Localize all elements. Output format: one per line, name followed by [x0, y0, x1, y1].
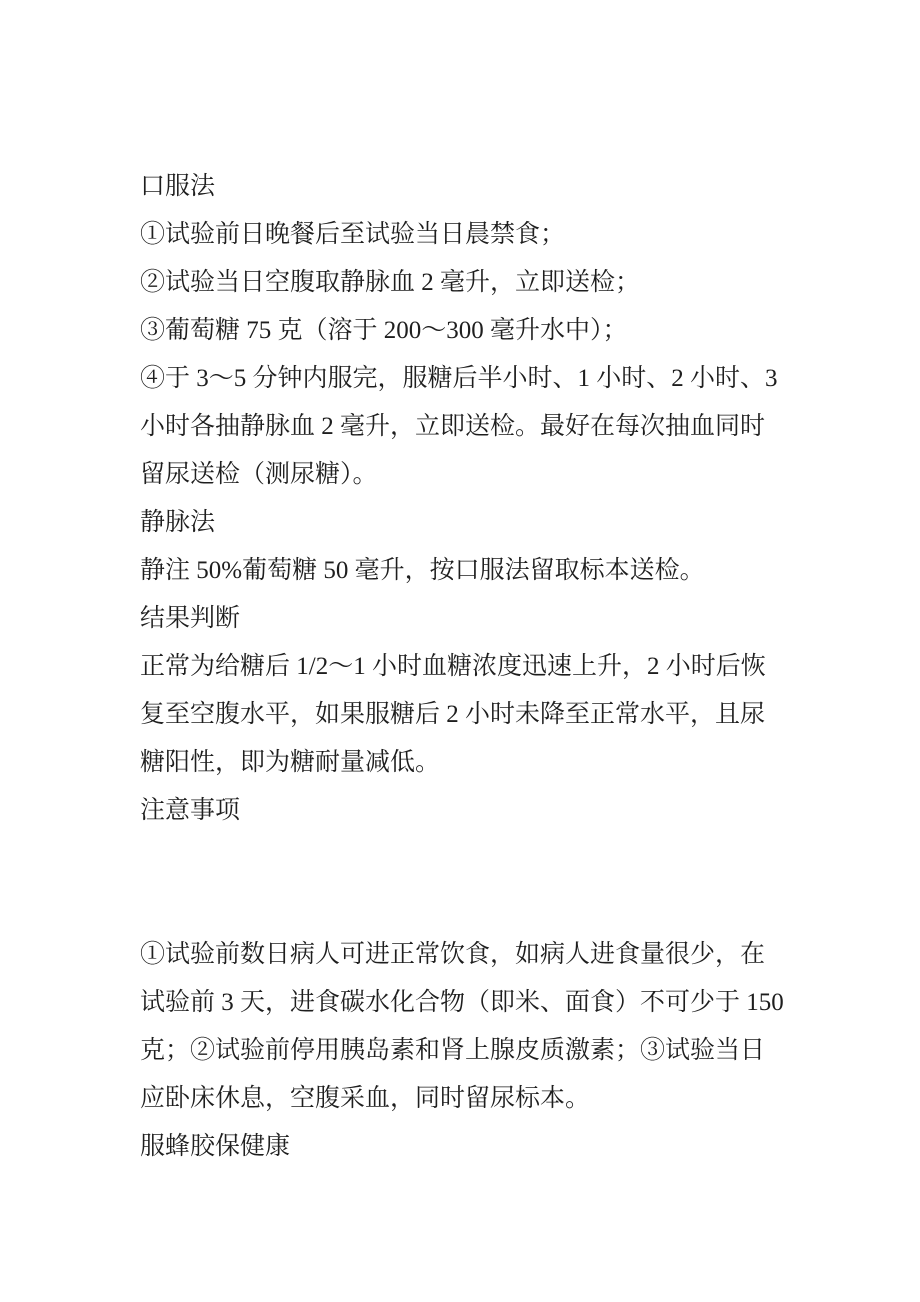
- text-line: 试验前 3 天，进食碳水化合物（即米、面食）不可少于 150: [140, 979, 840, 1027]
- text-line: 静注 50%葡萄糖 50 毫升，按口服法留取标本送检。: [140, 547, 840, 595]
- document-page: 口服法①试验前日晚餐后至试验当日晨禁食；②试验当日空腹取静脉血 2 毫升，立即送…: [0, 0, 920, 1302]
- text-line: ④于 3～5 分钟内服完，服糖后半小时、1 小时、2 小时、3: [140, 355, 840, 403]
- text-line: 静脉法: [140, 499, 840, 547]
- text-line: ①试验前数日病人可进正常饮食，如病人进食量很少，在: [140, 931, 840, 979]
- blank-line: [140, 883, 840, 931]
- text-line: 服蜂胶保健康: [140, 1123, 840, 1171]
- text-line: 口服法: [140, 163, 840, 211]
- text-line: ②试验当日空腹取静脉血 2 毫升，立即送检；: [140, 259, 840, 307]
- text-line: 结果判断: [140, 595, 840, 643]
- text-line: 应卧床休息，空腹采血，同时留尿标本。: [140, 1075, 840, 1123]
- text-line: ①试验前日晚餐后至试验当日晨禁食；: [140, 211, 840, 259]
- text-line: 留尿送检（测尿糖）。: [140, 451, 840, 499]
- blank-line: [140, 835, 840, 883]
- text-line: ③葡萄糖 75 克（溶于 200～300 毫升水中）；: [140, 307, 840, 355]
- text-line: 正常为给糖后 1/2～1 小时血糖浓度迅速上升，2 小时后恢: [140, 643, 840, 691]
- text-line: 注意事项: [140, 787, 840, 835]
- document-text: 口服法①试验前日晚餐后至试验当日晨禁食；②试验当日空腹取静脉血 2 毫升，立即送…: [140, 163, 840, 1171]
- text-line: 小时各抽静脉血 2 毫升，立即送检。最好在每次抽血同时: [140, 403, 840, 451]
- text-line: 糖阳性，即为糖耐量减低。: [140, 739, 840, 787]
- text-line: 克；②试验前停用胰岛素和肾上腺皮质激素；③试验当日: [140, 1027, 840, 1075]
- text-line: 复至空腹水平，如果服糖后 2 小时未降至正常水平，且尿: [140, 691, 840, 739]
